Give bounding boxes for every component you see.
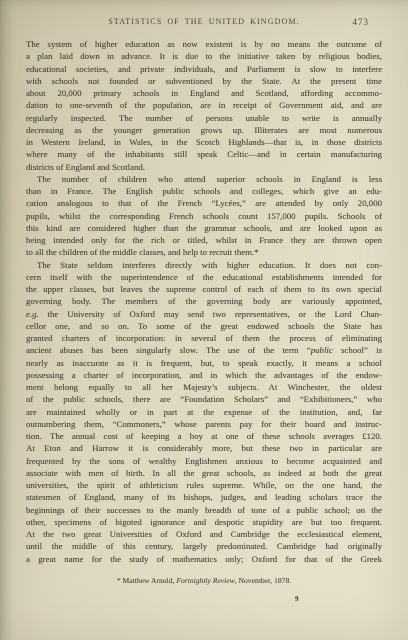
text-line: in Western Ireland, in Wales, in the Sco… bbox=[26, 136, 382, 148]
text-line: tion. The annual cost of keeping a boy a… bbox=[26, 430, 382, 442]
running-title: STATISTICS OF THE UNITED KINGDOM. bbox=[108, 17, 299, 26]
text-line: about 20,000 primary schools in England … bbox=[26, 87, 382, 99]
text-line: the upper classes, but leaves the suprem… bbox=[26, 283, 382, 295]
text-line: districts of England and Scotland. bbox=[26, 161, 382, 173]
text-line: cellor one, and so on. To some of the gr… bbox=[26, 320, 382, 332]
text-line: nearly as inaccurate as it is frequent, … bbox=[26, 357, 382, 369]
text-line: governing body. The members of the gover… bbox=[26, 295, 382, 307]
page-gutter-shadow bbox=[0, 0, 14, 640]
print-mark: 9 bbox=[295, 595, 299, 603]
text-line: where many of the inhabitants still spea… bbox=[26, 148, 382, 160]
text-line: e.g. the University of Oxford may send t… bbox=[26, 308, 382, 320]
text-line: ment belong equally to all her Majesty’s… bbox=[26, 381, 382, 393]
text-line: At Eton and Harrow it is considerably mo… bbox=[26, 442, 382, 454]
page-number: 473 bbox=[353, 17, 370, 27]
text-line: being intended only for the rich or titl… bbox=[26, 234, 382, 246]
text-line: until the middle of this century, largel… bbox=[26, 540, 382, 552]
text-line: cation analogous to that of the French “… bbox=[26, 197, 382, 209]
text-line: dation to one-seventh of the population,… bbox=[26, 99, 382, 111]
text-line: educational societies, and private indiv… bbox=[26, 63, 382, 75]
text-line: decreasing as the younger generation gro… bbox=[26, 124, 382, 136]
text-line: statesmen of England, many of its bishop… bbox=[26, 491, 382, 503]
text-line: outnumbering them, “Commoners,” whose pa… bbox=[26, 418, 382, 430]
text-line: frequented by the sons of wealthy Englis… bbox=[26, 455, 382, 467]
text-line: than in France. The English public schoo… bbox=[26, 185, 382, 197]
text-line: regularly inspected. The number of perso… bbox=[26, 112, 382, 124]
body-text: The system of higher education as now ex… bbox=[26, 38, 382, 565]
text-line: to all the children of the middle classe… bbox=[26, 246, 382, 258]
page-top-shadow bbox=[0, 0, 408, 8]
text-line: associate with men of birth. In all the … bbox=[26, 467, 382, 479]
text-line: pupils, whilst the corresponding French … bbox=[26, 210, 382, 222]
running-header: STATISTICS OF THE UNITED KINGDOM. 473 bbox=[26, 17, 382, 26]
text-line: a great name for the study of mathematic… bbox=[26, 553, 382, 565]
text-line: ancient abuses has been singularly slow.… bbox=[26, 344, 382, 356]
text-line: beginnings of their successes to the man… bbox=[26, 504, 382, 516]
text-line: of the public schools, there are “Founda… bbox=[26, 393, 382, 405]
book-page: STATISTICS OF THE UNITED KINGDOM. 473 Th… bbox=[0, 0, 408, 640]
text-line: The State seldom interferes directly wit… bbox=[26, 259, 382, 271]
text-line: At the two great Universities of Oxford … bbox=[26, 528, 382, 540]
text-line: possessing a charter of incorporation, a… bbox=[26, 369, 382, 381]
footnote: * Matthew Arnold, Fortnightly Review, No… bbox=[26, 576, 382, 585]
text-line: cern itself with the superintendence of … bbox=[26, 271, 382, 283]
text-line: The number of children who attend superi… bbox=[26, 173, 382, 185]
text-line: The system of higher education as now ex… bbox=[26, 38, 382, 50]
text-line: this kind are considered higher than the… bbox=[26, 222, 382, 234]
text-line: are maintained wholly or in part at the … bbox=[26, 406, 382, 418]
text-line: granted charters of incorporation: in se… bbox=[26, 332, 382, 344]
text-line: with schools not founded or subventioned… bbox=[26, 75, 382, 87]
text-line: universities, the spirit of athleticism … bbox=[26, 479, 382, 491]
text-line: a plan laid down in advance. It is due t… bbox=[26, 50, 382, 62]
text-line: other, specimens of bigoted ignorance an… bbox=[26, 516, 382, 528]
